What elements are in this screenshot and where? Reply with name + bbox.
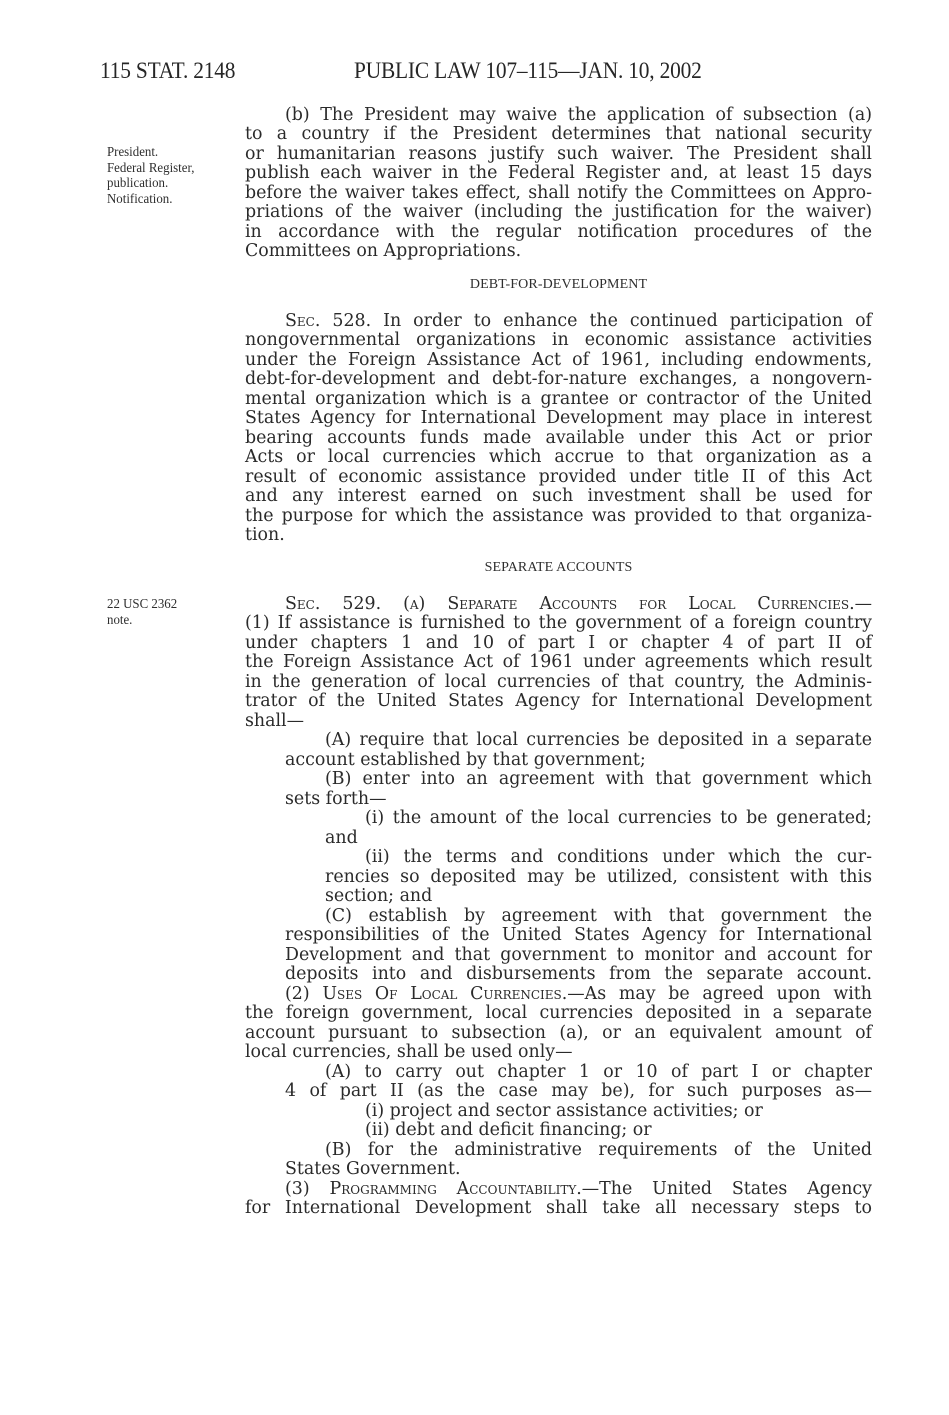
margin-note-line: 22 USC 2362 [107, 597, 177, 613]
text-line: (B) enter into an agreement with that go… [325, 769, 872, 789]
text-line: priations of the waiver (including the j… [245, 202, 872, 222]
text-line: (ii) debt and deficit financing; or [365, 1120, 872, 1140]
text-line: to a country if the President determines… [245, 124, 872, 144]
section-heading-separate-accounts: SEPARATE ACCOUNTS [245, 560, 872, 576]
text-line: Development and that government to monit… [285, 945, 872, 965]
text-line: publish each waiver in the Federal Regis… [245, 163, 872, 183]
text-line: trator of the United States Agency for I… [245, 691, 872, 711]
text-line: (3) Programming Accountability.—The Unit… [285, 1179, 872, 1199]
text-line: under the Foreign Assistance Act of 1961… [245, 350, 872, 370]
text-line: account pursuant to subsection (a), or a… [245, 1023, 872, 1043]
margin-note-line: President. [107, 145, 194, 161]
text-line: the purpose for which the assistance was… [245, 506, 872, 526]
text-line: Committees on Appropriations. [245, 241, 872, 261]
margin-note-president: President. Federal Register, publication… [107, 145, 194, 207]
text-line: before the waiver takes effect, shall no… [245, 183, 872, 203]
text-line: (i) the amount of the local currencies t… [365, 808, 872, 828]
text-line: States Government. [285, 1159, 872, 1179]
text-line: bearing accounts funds made available un… [245, 428, 872, 448]
text-line: deposits into and disbursements from the… [285, 964, 872, 984]
text-line: under chapters 1 and 10 of part I or cha… [245, 633, 872, 653]
text-line: sets forth— [285, 789, 872, 809]
text-line: Sec. 529. (a) Separate Accounts for Loca… [285, 594, 872, 614]
text-line: responsibilities of the United States Ag… [285, 925, 872, 945]
text-line: debt-for-development and debt-for-nature… [245, 369, 872, 389]
text-line: local currencies, shall be used only— [245, 1042, 872, 1062]
text-line: (b) The President may waive the applicat… [285, 105, 872, 125]
text-line: (B) for the administrative requirements … [325, 1140, 872, 1160]
text-line: (ii) the terms and conditions under whic… [365, 847, 872, 867]
section-heading-debt-for-development: DEBT-FOR-DEVELOPMENT [245, 277, 872, 293]
margin-note-line: Federal Register, [107, 161, 194, 177]
text-line: and [325, 828, 872, 848]
text-line: mental organization which is a grantee o… [245, 389, 872, 409]
margin-note-usc: 22 USC 2362 note. [107, 597, 177, 628]
margin-note-line: publication. [107, 176, 194, 192]
text-line: for International Development shall take… [245, 1198, 872, 1218]
text-line: in the generation of local currencies of… [245, 672, 872, 692]
page-title: PUBLIC LAW 107–115—JAN. 10, 2002 [354, 58, 702, 84]
text-line: the foreign government, local currencies… [245, 1003, 872, 1023]
text-line: States Agency for International Developm… [245, 408, 872, 428]
page-reference: 115 STAT. 2148 [100, 58, 235, 84]
margin-note-line: note. [107, 613, 177, 629]
text-line: section; and [325, 886, 872, 906]
text-line: result of economic assistance provided u… [245, 467, 872, 487]
text-line: or humanitarian reasons justify such wai… [245, 144, 872, 164]
text-line: (2) Uses Of Local Currencies.—As may be … [285, 984, 872, 1004]
text-line: account established by that government; [285, 750, 872, 770]
text-line: nongovernmental organizations in economi… [245, 330, 872, 350]
text-line: (A) require that local currencies be dep… [325, 730, 872, 750]
text-line: rencies so deposited may be utilized, co… [325, 867, 872, 887]
text-line: (C) establish by agreement with that gov… [325, 906, 872, 926]
text-line: Acts or local currencies which accrue to… [245, 447, 872, 467]
text-line: the Foreign Assistance Act of 1961 under… [245, 652, 872, 672]
text-line: (i) project and sector assistance activi… [365, 1101, 872, 1121]
text-line: (A) to carry out chapter 1 or 10 of part… [325, 1062, 872, 1082]
text-line: (1) If assistance is furnished to the go… [245, 613, 872, 633]
text-line: in accordance with the regular notificat… [245, 222, 872, 242]
text-line: and any interest earned on such investme… [245, 486, 872, 506]
text-line: tion. [245, 525, 872, 545]
text-line: Sec. 528. In order to enhance the contin… [285, 311, 872, 331]
text-line: shall— [245, 711, 872, 731]
margin-note-line: Notification. [107, 192, 194, 208]
text-line: 4 of part II (as the case may be), for s… [285, 1081, 872, 1101]
